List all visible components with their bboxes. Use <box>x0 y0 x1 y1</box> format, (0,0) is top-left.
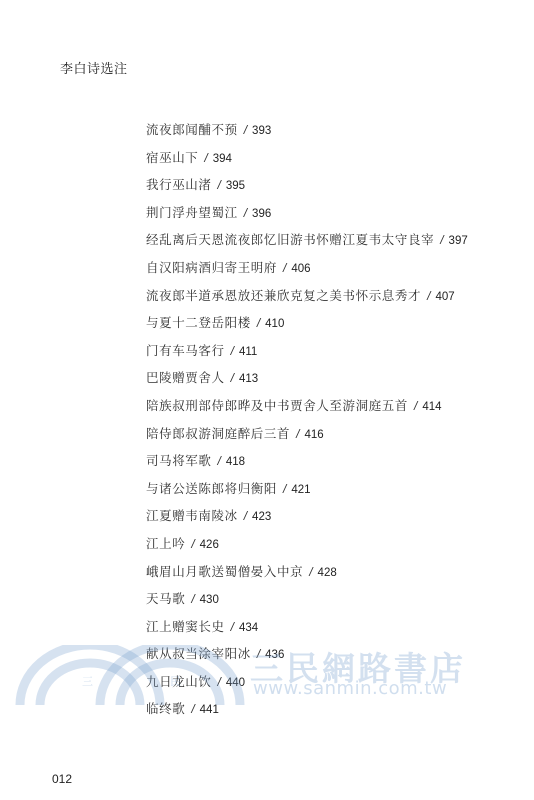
toc-page-number: 421 <box>291 484 310 496</box>
toc-page-number: 406 <box>291 263 310 275</box>
toc-page-number: 407 <box>435 291 454 303</box>
toc-title: 天马歌 <box>146 591 185 606</box>
toc-separator: / <box>244 123 247 137</box>
toc-entry: 流夜郎半道承恩放还兼欣克复之美书怀示息秀才/407 <box>146 286 468 314</box>
toc-entry: 巴陵赠贾舍人/413 <box>146 368 468 396</box>
toc-separator: / <box>218 675 221 689</box>
toc-page-number: 395 <box>226 180 245 192</box>
toc-title: 峨眉山月歌送蜀僧晏入中京 <box>146 564 303 579</box>
toc-separator: / <box>414 399 417 413</box>
toc-title: 荆门浮舟望蜀江 <box>146 205 238 220</box>
toc-title: 流夜郎半道承恩放还兼欣克复之美书怀示息秀才 <box>146 288 421 303</box>
toc-entry: 江上吟/426 <box>146 534 468 562</box>
toc-entry: 流夜郎闻酺不预/393 <box>146 120 468 148</box>
page-number: 012 <box>52 772 72 786</box>
toc-title: 门有车马客行 <box>146 343 225 358</box>
toc-title: 宿巫山下 <box>146 150 198 165</box>
toc-page-number: 440 <box>226 677 245 689</box>
table-of-contents: 流夜郎闻酺不预/393 宿巫山下/394 我行巫山渚/395 荆门浮舟望蜀江/3… <box>146 120 468 727</box>
toc-separator: / <box>244 509 247 523</box>
toc-page-number: 393 <box>252 125 271 137</box>
toc-title: 江夏赠韦南陵冰 <box>146 508 238 523</box>
toc-entry: 司马将军歌/418 <box>146 451 468 479</box>
toc-entry: 临终歌/441 <box>146 699 468 727</box>
toc-page-number: 428 <box>318 567 337 579</box>
toc-entry: 门有车马客行/411 <box>146 341 468 369</box>
toc-title: 自汉阳病酒归寄王明府 <box>146 260 277 275</box>
toc-title: 司马将军歌 <box>146 453 212 468</box>
toc-separator: / <box>244 206 247 220</box>
toc-entry: 九日龙山饮/440 <box>146 672 468 700</box>
toc-separator: / <box>427 289 430 303</box>
toc-separator: / <box>283 261 286 275</box>
toc-separator: / <box>257 647 260 661</box>
toc-page-number: 410 <box>265 318 284 330</box>
toc-page-number: 413 <box>239 373 258 385</box>
toc-entry: 与夏十二登岳阳楼/410 <box>146 313 468 341</box>
toc-title: 与夏十二登岳阳楼 <box>146 315 251 330</box>
toc-title: 江上吟 <box>146 536 185 551</box>
toc-entry: 献从叔当涂宰阳冰/436 <box>146 644 468 672</box>
toc-separator: / <box>440 233 443 247</box>
toc-separator: / <box>257 316 260 330</box>
toc-separator: / <box>231 371 234 385</box>
toc-entry: 峨眉山月歌送蜀僧晏入中京/428 <box>146 562 468 590</box>
toc-entry: 宿巫山下/394 <box>146 148 468 176</box>
toc-entry: 与诸公送陈郎将归衡阳/421 <box>146 479 468 507</box>
toc-title: 九日龙山饮 <box>146 674 212 689</box>
toc-page-number: 430 <box>200 594 219 606</box>
toc-page-number: 434 <box>239 622 258 634</box>
toc-page-number: 414 <box>422 401 441 413</box>
toc-page-number: 441 <box>200 704 219 716</box>
toc-separator: / <box>231 620 234 634</box>
toc-separator: / <box>191 537 194 551</box>
toc-title: 我行巫山渚 <box>146 177 212 192</box>
toc-entry: 自汉阳病酒归寄王明府/406 <box>146 258 468 286</box>
toc-title: 临终歌 <box>146 701 185 716</box>
toc-title: 陪族叔刑部侍郎晔及中书贾舍人至游洞庭五首 <box>146 398 408 413</box>
toc-entry: 江上赠窦长史/434 <box>146 617 468 645</box>
toc-separator: / <box>204 151 207 165</box>
toc-page-number: 436 <box>265 649 284 661</box>
toc-entry: 荆门浮舟望蜀江/396 <box>146 203 468 231</box>
toc-page-number: 397 <box>449 235 468 247</box>
toc-separator: / <box>191 702 194 716</box>
toc-entry: 经乱离后天恩流夜郎忆旧游书怀赠江夏韦太守良宰/397 <box>146 230 468 258</box>
toc-title: 献从叔当涂宰阳冰 <box>146 646 251 661</box>
toc-entry: 天马歌/430 <box>146 589 468 617</box>
toc-separator: / <box>218 178 221 192</box>
toc-title: 江上赠窦长史 <box>146 619 225 634</box>
watermark-logo-char: 三 <box>82 673 93 689</box>
toc-entry: 陪侍郎叔游洞庭醉后三首/416 <box>146 424 468 452</box>
toc-title: 经乱离后天恩流夜郎忆旧游书怀赠江夏韦太守良宰 <box>146 232 434 247</box>
toc-title: 陪侍郎叔游洞庭醉后三首 <box>146 426 290 441</box>
toc-page-number: 416 <box>304 429 323 441</box>
toc-title: 流夜郎闻酺不预 <box>146 122 238 137</box>
toc-page-number: 394 <box>213 153 232 165</box>
toc-title: 巴陵赠贾舍人 <box>146 370 225 385</box>
toc-separator: / <box>283 482 286 496</box>
toc-page-number: 396 <box>252 208 271 220</box>
toc-separator: / <box>231 344 234 358</box>
toc-entry: 江夏赠韦南陵冰/423 <box>146 506 468 534</box>
toc-page-number: 426 <box>200 539 219 551</box>
toc-title: 与诸公送陈郎将归衡阳 <box>146 481 277 496</box>
toc-separator: / <box>218 454 221 468</box>
running-head: 李白诗选注 <box>60 58 128 77</box>
toc-separator: / <box>296 427 299 441</box>
toc-page-number: 418 <box>226 456 245 468</box>
toc-entry: 陪族叔刑部侍郎晔及中书贾舍人至游洞庭五首/414 <box>146 396 468 424</box>
toc-page-number: 423 <box>252 511 271 523</box>
toc-separator: / <box>309 565 312 579</box>
toc-entry: 我行巫山渚/395 <box>146 175 468 203</box>
toc-separator: / <box>191 592 194 606</box>
toc-page-number: 411 <box>239 346 257 358</box>
